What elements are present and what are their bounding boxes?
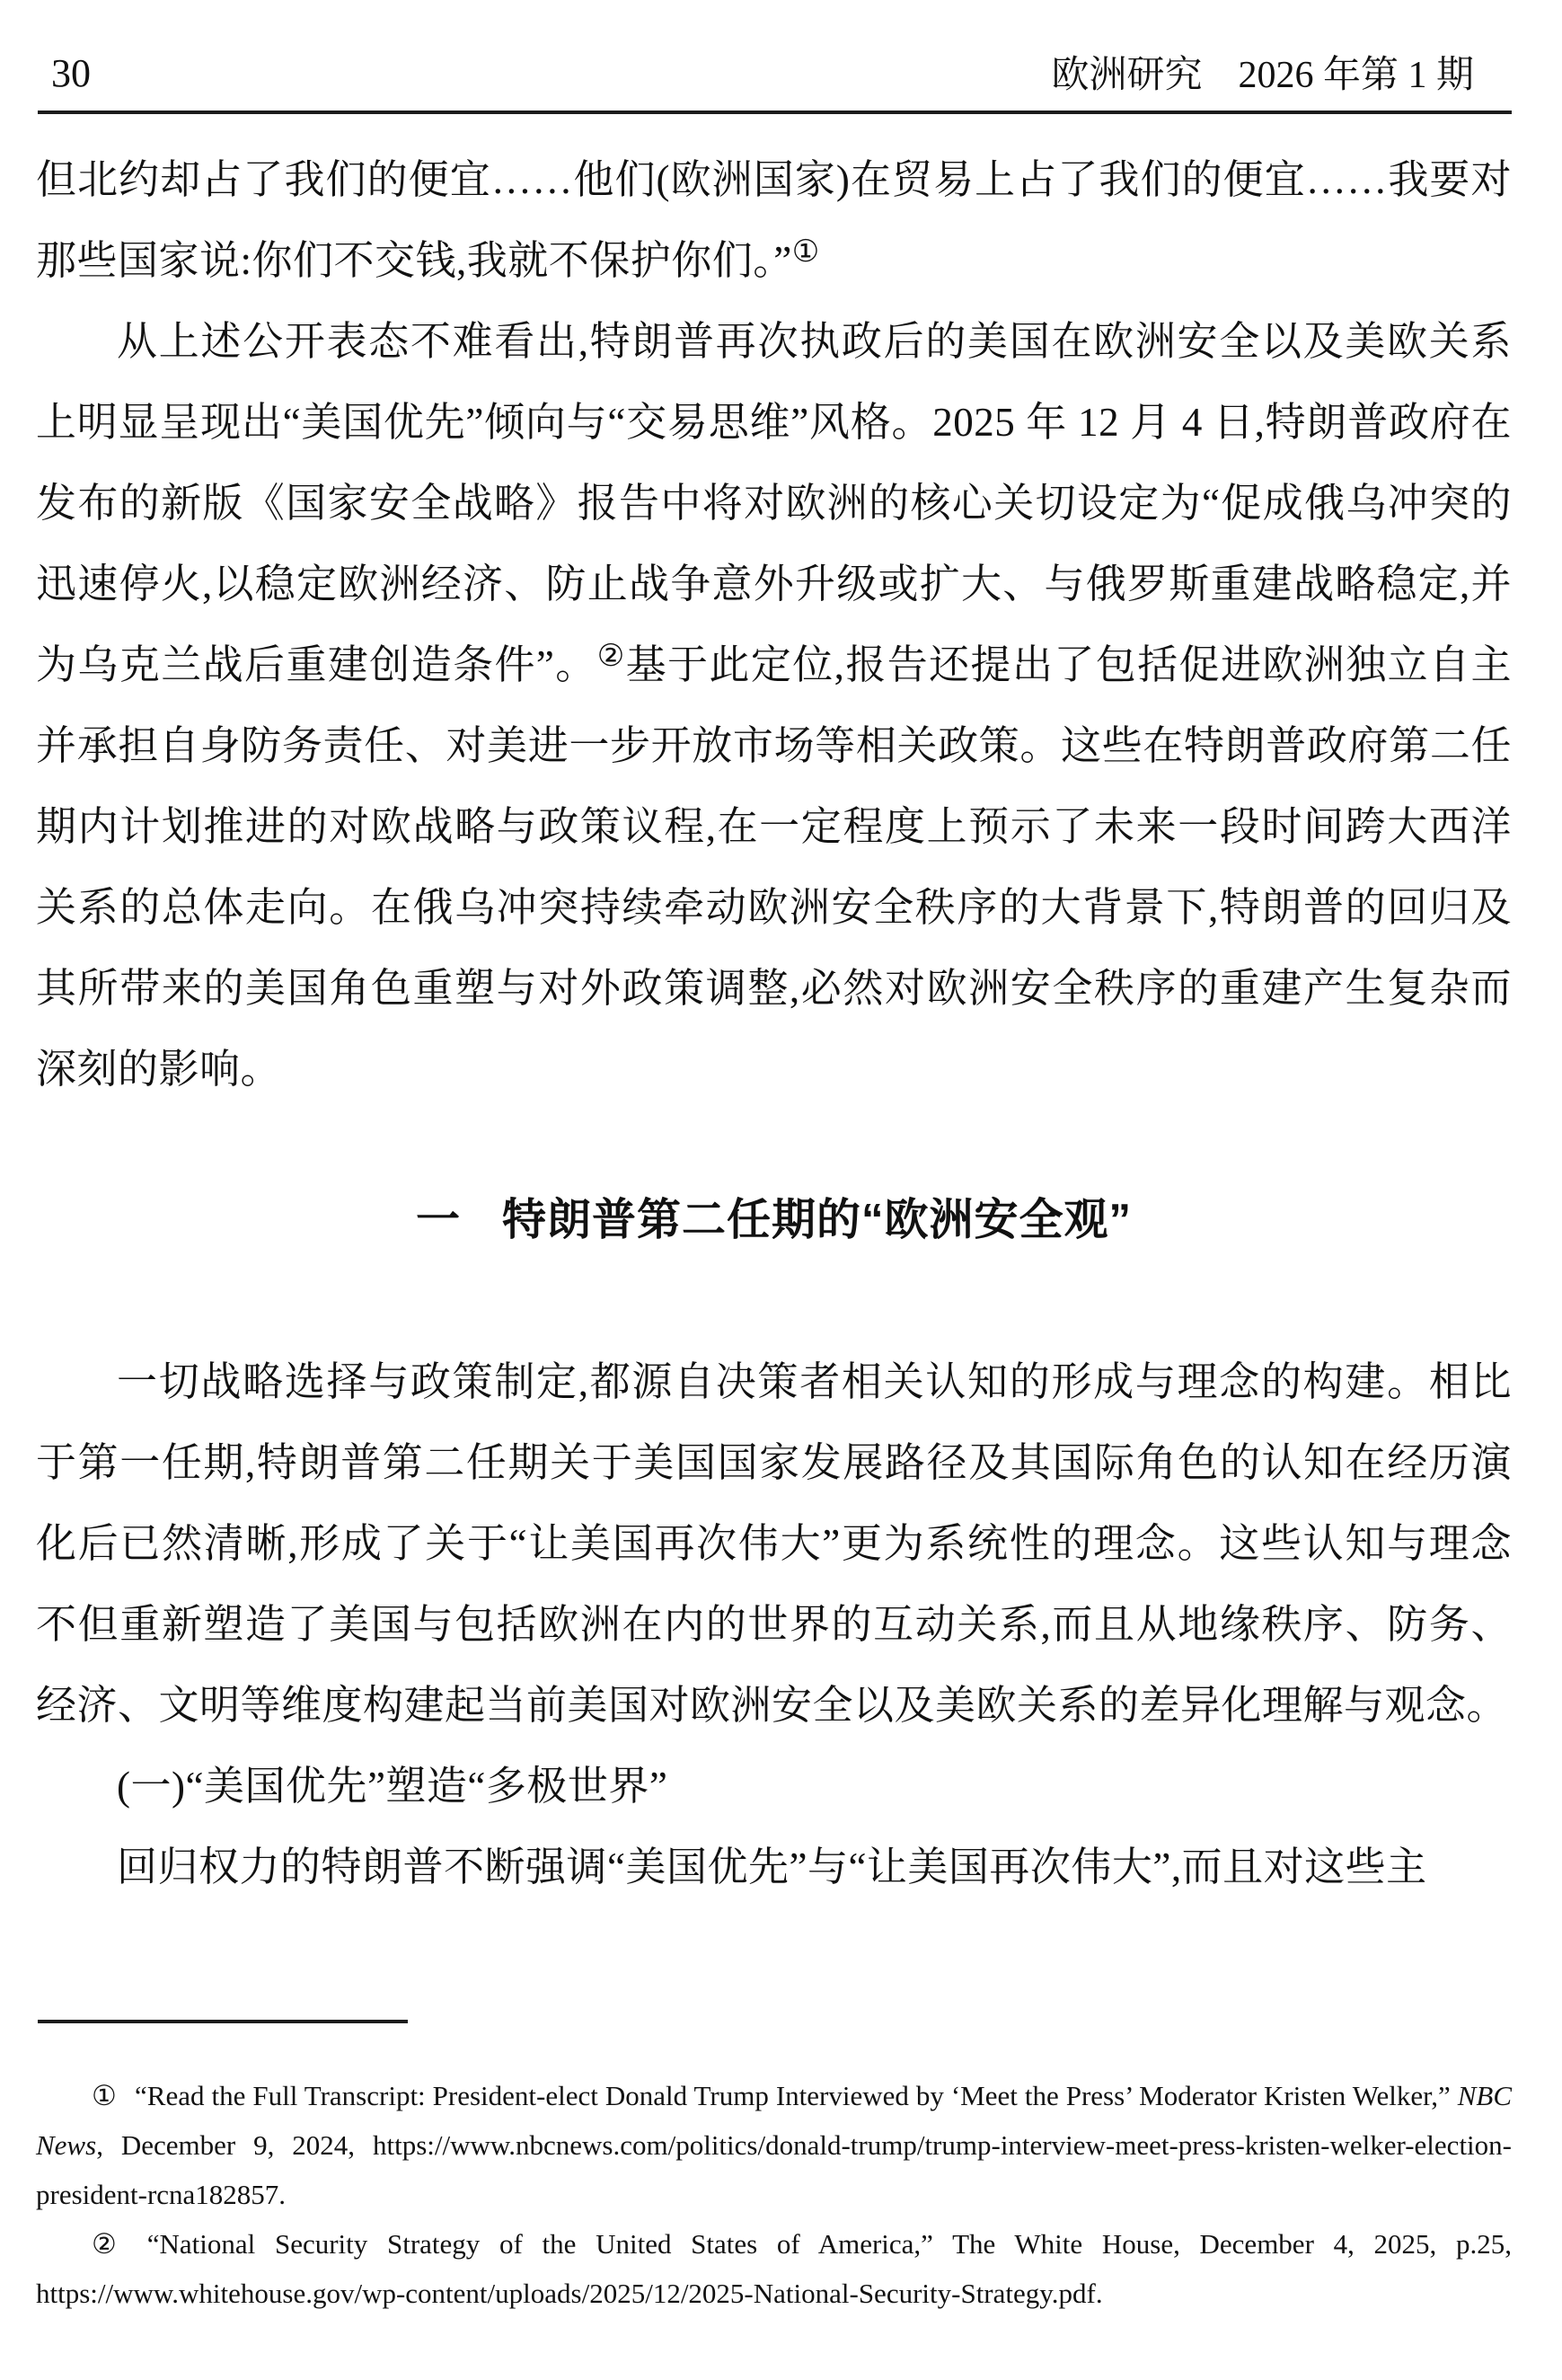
header-rule — [38, 111, 1512, 114]
subsection-heading: (一)“美国优先”塑造“多极世界” — [36, 1746, 1512, 1827]
footnote-1: ①“Read the Full Transcript: President-el… — [36, 2071, 1512, 2219]
footnotes: ①“Read the Full Transcript: President-el… — [36, 2071, 1512, 2318]
paragraph-quote-continuation: 但北约却占了我们的便宜……他们(欧洲国家)在贸易上占了我们的便宜……我要对那些国… — [36, 139, 1512, 301]
article-body: 但北约却占了我们的便宜……他们(欧洲国家)在贸易上占了我们的便宜……我要对那些国… — [36, 139, 1512, 1907]
footnote-2-text: “National Security Strategy of the Unite… — [36, 2228, 1512, 2309]
paragraph-text: 一切战略选择与政策制定,都源自决策者相关认知的形成与理念的构建。相比于第一任期,… — [36, 1359, 1512, 1728]
footnote-2: ②“National Security Strategy of the Unit… — [36, 2219, 1512, 2318]
paragraph-text: 基于此定位,报告还提出了包括促进欧洲独立自主并承担自身防务责任、对美进一步开放市… — [36, 642, 1512, 1092]
paragraph-text: 回归权力的特朗普不断强调“美国优先”与“让美国再次伟大”,而且对这些主 — [117, 1845, 1427, 1889]
journal-name: 欧洲研究 — [1051, 55, 1202, 96]
journal-title-line: 欧洲研究2026 年第 1 期 — [1051, 54, 1474, 97]
subsection-title: (一)“美国优先”塑造“多极世界” — [117, 1764, 667, 1809]
page-number: 30 — [51, 52, 91, 95]
journal-issue: 2026 年第 1 期 — [1238, 55, 1474, 96]
paragraph-cognition: 一切战略选择与政策制定,都源自决策者相关认知的形成与理念的构建。相比于第一任期,… — [36, 1341, 1512, 1746]
paragraph-analysis: 从上述公开表态不难看出,特朗普再次执政后的美国在欧洲安全以及美欧关系上明显呈现出… — [36, 301, 1512, 1110]
paragraph-text: 但北约却占了我们的便宜……他们(欧洲国家)在贸易上占了我们的便宜……我要对那些国… — [36, 157, 1512, 283]
paragraph-text: 从上述公开表态不难看出,特朗普再次执政后的美国在欧洲安全以及美欧关系上明显呈现出… — [36, 319, 1512, 687]
footnote-1-text-after: , December 9, 2024, https://www.nbcnews.… — [36, 2129, 1512, 2210]
footnote-ref-2: ② — [597, 640, 626, 673]
journal-page: 30 欧洲研究2026 年第 1 期 但北约却占了我们的便宜……他们(欧洲国家)… — [0, 0, 1562, 2380]
running-head: 30 欧洲研究2026 年第 1 期 — [51, 50, 1474, 101]
paragraph-return-to-power: 回归权力的特朗普不断强调“美国优先”与“让美国再次伟大”,而且对这些主 — [36, 1827, 1512, 1907]
section-heading: 一特朗普第二任期的“欧洲安全观” — [36, 1180, 1512, 1261]
section-title: 特朗普第二任期的“欧洲安全观” — [502, 1196, 1132, 1244]
footnote-1-marker: ① — [92, 2080, 117, 2111]
section-number: 一 — [416, 1196, 461, 1244]
footnote-2-marker: ② — [92, 2228, 129, 2260]
footnote-1-text: “Read the Full Transcript: President-ele… — [135, 2080, 1458, 2111]
footnote-ref-1: ① — [792, 235, 820, 269]
footnote-separator — [38, 2020, 408, 2023]
